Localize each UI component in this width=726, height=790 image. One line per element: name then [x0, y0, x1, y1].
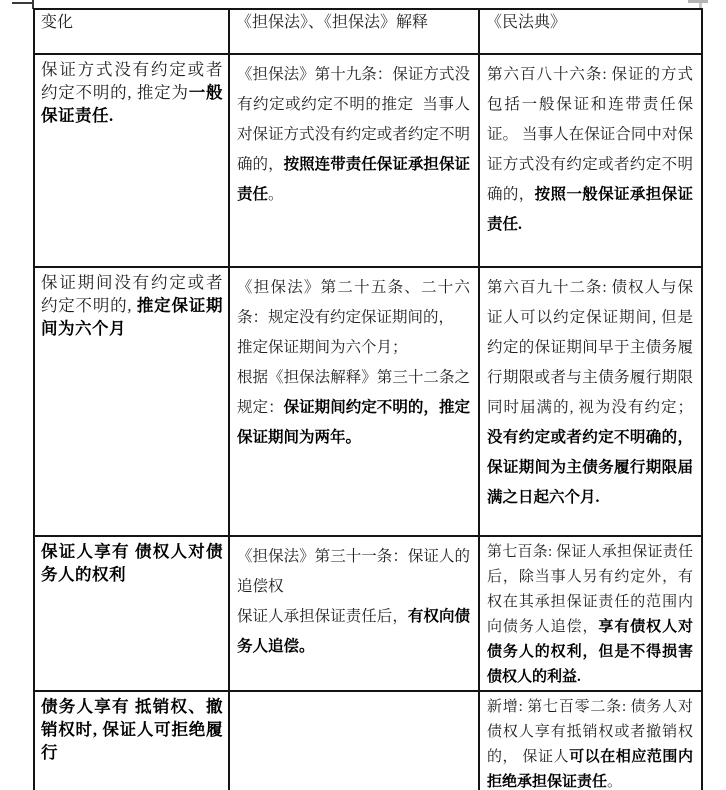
- emphasis-text: 没有约定或者约定不明确的，保证期间为主债务履行期限届满之日起六个月.: [487, 429, 693, 506]
- header-civil-code: 《民法典》: [479, 9, 702, 54]
- table-cell: 第六百九十二条: 债权人与保证人可以约定保证期间, 但是约定的保证期间早于主债务…: [479, 267, 702, 536]
- emphasis-text: 保证人享有 债权人对债务人的权利: [41, 542, 223, 584]
- table-cell: 债务人享有 抵销权、撤销权时, 保证人可拒绝履行: [34, 691, 229, 790]
- body-text: 。: [607, 774, 622, 790]
- table-cell: 保证期间没有约定或者约定不明的, 推定保证期间为六个月: [34, 267, 229, 536]
- table-row: 保证人享有 债权人对债务人的权利《担保法》第三十一条：保证人的追偿权 保证人承担…: [34, 536, 702, 691]
- screenshot-edge-artifact: [688, 0, 708, 3]
- table-cell: 第六百八十六条: 保证的方式包括一般保证和连带责任保证。 当事人在保证合同中对保…: [479, 54, 702, 267]
- table-cell: 保证人享有 债权人对债务人的权利: [34, 536, 229, 691]
- table-cell: 第七百条: 保证人承担保证责任后，除当事人另有约定外，有权在其承担保证责任的范围…: [479, 536, 702, 691]
- table-row: 保证期间没有约定或者约定不明的, 推定保证期间为六个月《担保法》第二十五条、二十…: [34, 267, 702, 536]
- table-cell: 《担保法》第十九条：保证方式没有约定或约定不明的推定 当事人对保证方式没有约定或…: [229, 54, 479, 267]
- body-text: 第六百八十六条: 保证的方式包括一般保证和连带责任保证。 当事人在保证合同中对保…: [487, 66, 693, 203]
- table-cell: 新增: 第七百零二条: 债务人对债权人享有抵销权或者撤销权的， 保证人可以在相应…: [479, 691, 702, 790]
- table-row: 保证方式没有约定或者约定不明的, 推定为一般保证责任.《担保法》第十九条：保证方…: [34, 54, 702, 267]
- table-cell: 保证方式没有约定或者约定不明的, 推定为一般保证责任.: [34, 54, 229, 267]
- table-row: 债务人享有 抵销权、撤销权时, 保证人可拒绝履行新增: 第七百零二条: 债务人对…: [34, 691, 702, 790]
- table-body: 保证方式没有约定或者约定不明的, 推定为一般保证责任.《担保法》第十九条：保证方…: [34, 54, 702, 790]
- header-row: 变化 《担保法》、《担保法》解释 《民法典》: [34, 9, 702, 54]
- emphasis-text: 债务人享有 抵销权、撤销权时, 保证人可拒绝履行: [41, 697, 223, 762]
- body-text: 第六百九十二条: 债权人与保证人可以约定保证期间, 但是约定的保证期间早于主债务…: [487, 279, 693, 416]
- screenshot-edge-artifact: [12, 2, 34, 4]
- body-text: 。: [268, 186, 284, 203]
- header-guarantee-law: 《担保法》、《担保法》解释: [229, 9, 479, 54]
- table-cell: 《担保法》第三十一条：保证人的追偿权 保证人承担保证责任后，有权向债务人追偿。: [229, 536, 479, 691]
- header-change: 变化: [34, 9, 229, 54]
- table-cell: [229, 691, 479, 790]
- document-page: 变化 《担保法》、《担保法》解释 《民法典》 保证方式没有约定或者约定不明的, …: [0, 0, 726, 790]
- law-comparison-table: 变化 《担保法》、《担保法》解释 《民法典》 保证方式没有约定或者约定不明的, …: [33, 8, 703, 790]
- table-cell: 《担保法》第二十五条、二十六条：规定没有约定保证期间的， 推定保证期间为六个月；…: [229, 267, 479, 536]
- body-text: 《担保法》第二十五条、二十六条：规定没有约定保证期间的， 推定保证期间为六个月；…: [237, 279, 470, 416]
